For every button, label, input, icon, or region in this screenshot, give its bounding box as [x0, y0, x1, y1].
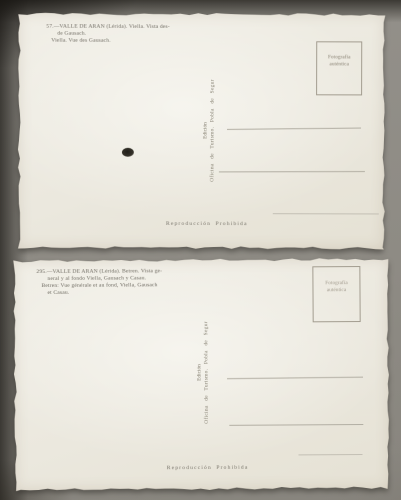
publisher-label: Oficina de Turismo. Pobla de Segur [210, 66, 218, 196]
publisher-label: Oficina de Turismo. Pobla de Segur [203, 307, 211, 437]
stamp-box-text-line2: auténtica [317, 61, 361, 68]
postcard-top-wrapper: 57.—VALLE DE ARAN (Lérida). Viella. Vist… [18, 13, 386, 250]
publisher-credit-vertical: Edición Oficina de Turismo. Pobla de Seg… [202, 66, 217, 196]
reproduction-notice: Reproducción Prohibida [123, 464, 293, 471]
postcard-bottom: 295.—VALLE DE ARAN (Lérida). Betren. Vis… [13, 258, 389, 491]
postcard-bottom-wrapper: 295.—VALLE DE ARAN (Lérida). Betren. Vis… [13, 258, 389, 491]
photo-background: 57.—VALLE DE ARAN (Lérida). Viella. Vist… [0, 0, 401, 500]
address-line [229, 424, 363, 426]
caption-line: et Casau. [47, 289, 162, 297]
ink-spot [122, 148, 134, 157]
stamp-box: Fotografía auténtica [316, 41, 362, 95]
caption-line: Viella. Vue des Gausach. [51, 37, 170, 44]
address-line [227, 377, 363, 380]
postcard-caption: 295.—VALLE DE ARAN (Lérida). Betren. Vis… [36, 268, 162, 296]
address-line [227, 128, 361, 130]
postcard-top: 57.—VALLE DE ARAN (Lérida). Viella. Vist… [18, 13, 386, 250]
address-line [273, 213, 379, 214]
address-line [219, 171, 365, 172]
publisher-credit-vertical: Edición Oficina de Turismo. Pobla de Seg… [196, 307, 212, 437]
stamp-box-text-line2: auténtica [313, 287, 359, 294]
postcard-caption: 57.—VALLE DE ARAN (Lérida). Viella. Vist… [46, 24, 170, 45]
caption-line: Betren: Vue générale et au fond, Viella,… [41, 282, 162, 290]
address-line [298, 454, 362, 455]
reproduction-notice: Reproducción Prohibida [122, 221, 292, 227]
stamp-box: Fotografía auténtica [312, 266, 360, 322]
